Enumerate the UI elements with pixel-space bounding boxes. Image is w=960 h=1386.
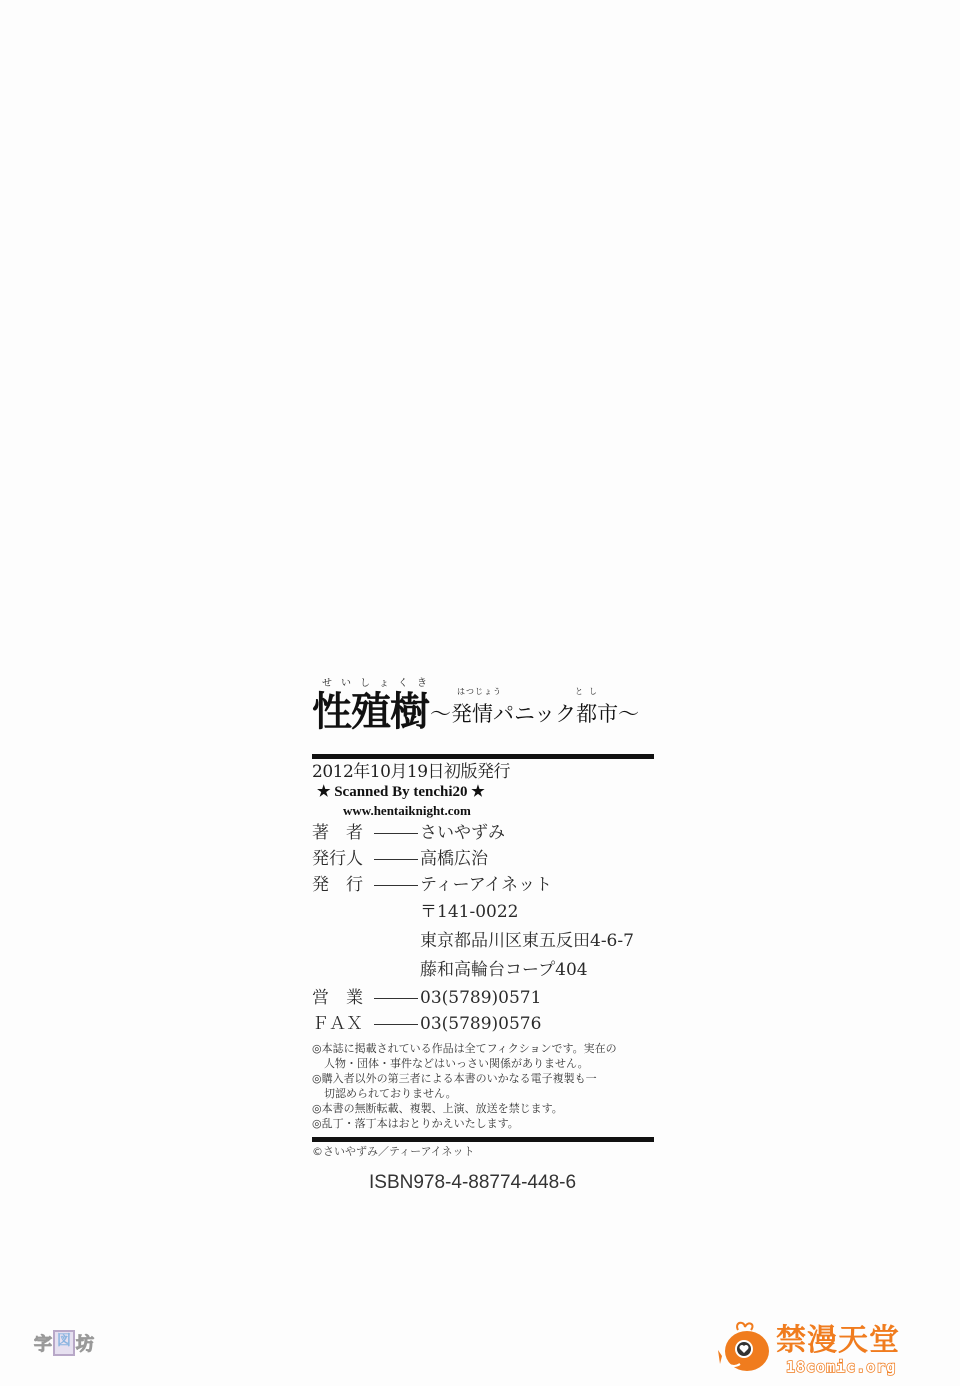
note-line: 人物・団体・事件などはいっさい関係がありません。 <box>312 1056 654 1071</box>
legal-notes: ◎本誌に掲載されている作品は全てフィクションです。実在の 人物・団体・事件などは… <box>312 1041 654 1131</box>
note-line: 切認められておりません。 <box>312 1086 654 1101</box>
contact-fax: ＦＡＸ 03(5789)0576 <box>312 1011 654 1037</box>
note-line: ◎乱丁・落丁本はおとりかえいたします。 <box>312 1116 654 1131</box>
leader-dash <box>374 885 418 886</box>
credit-label: 発行人 <box>312 846 376 872</box>
credit-label: 発 行 <box>312 872 376 898</box>
scan-url: www.hentaiknight.com <box>312 802 654 820</box>
scanned-by-credit: ★ Scanned By tenchi20 ★ <box>312 783 654 802</box>
credit-publisher-person: 発行人 高橋広治 <box>312 846 654 872</box>
watermark-char: 坊 <box>76 1330 94 1356</box>
top-rule-divider <box>312 754 654 759</box>
right-watermark-logo: 禁漫天堂 18comic.org <box>708 1310 958 1380</box>
note-line: ◎購入者以外の第三者による本書のいかなる電子複製も一 <box>312 1071 654 1086</box>
contact-value: 03(5789)0576 <box>420 1011 541 1037</box>
orange-fish-mascot-icon <box>718 1320 772 1374</box>
isbn-number: ISBN978-4-88774-448-6 <box>312 1170 654 1196</box>
credit-publisher: 発 行 ティーアイネット <box>312 872 654 898</box>
colophon-block: せいしょくき 性殖樹 はつじょう とし 〜発情パニック都市〜 2012年10月1… <box>312 668 654 1196</box>
bottom-rule-divider <box>312 1137 654 1142</box>
left-watermark-logo: 字 図 坊 <box>34 1330 94 1356</box>
contact-label: 営 業 <box>312 985 376 1011</box>
leader-dash <box>374 998 418 999</box>
leader-dash <box>374 833 418 834</box>
contact-label: ＦＡＸ <box>312 1011 376 1037</box>
watermark-char: 字 <box>34 1330 52 1356</box>
credit-value: ティーアイネット <box>420 872 552 898</box>
book-title: 性殖樹 <box>312 688 429 736</box>
postal-code: 〒141-0022 <box>312 898 654 927</box>
note-line: ◎本誌に掲載されている作品は全てフィクションです。実在の <box>312 1041 654 1056</box>
address-line-1: 東京都品川区東五反田4-6-7 <box>312 927 654 956</box>
contact-value: 03(5789)0571 <box>420 985 541 1011</box>
leader-dash <box>374 1024 418 1025</box>
address-line-2: 藤和高輪台コープ404 <box>312 956 654 985</box>
copyright-line: ©さいやずみ／ティーアイネット <box>312 1143 654 1161</box>
colophon-page: せいしょくき 性殖樹 はつじょう とし 〜発情パニック都市〜 2012年10月1… <box>0 0 960 1386</box>
watermark-char: 図 <box>53 1330 75 1356</box>
credit-value: さいやずみ <box>420 820 505 846</box>
subtitle-ruby-hatsujou: はつじょう <box>457 686 502 697</box>
watermark-site-url: 18comic.org <box>786 1358 896 1376</box>
book-subtitle: 〜発情パニック都市〜 <box>430 700 639 728</box>
title-main-ruby: せいしょくき <box>322 674 436 689</box>
subtitle-ruby-toshi: とし <box>575 686 603 697</box>
publication-date: 2012年10月19日初版発行 <box>312 761 654 783</box>
credit-value: 高橋広治 <box>420 846 488 872</box>
leader-dash <box>374 859 418 860</box>
credit-label: 著 者 <box>312 820 376 846</box>
watermark-site-name: 禁漫天堂 <box>776 1324 900 1358</box>
contact-sales: 営 業 03(5789)0571 <box>312 985 654 1011</box>
note-line: ◎本書の無断転載、複製、上演、放送を禁じます。 <box>312 1101 654 1116</box>
credit-author: 著 者 さいやずみ <box>312 820 654 846</box>
title-block: せいしょくき 性殖樹 はつじょう とし 〜発情パニック都市〜 <box>312 668 654 746</box>
